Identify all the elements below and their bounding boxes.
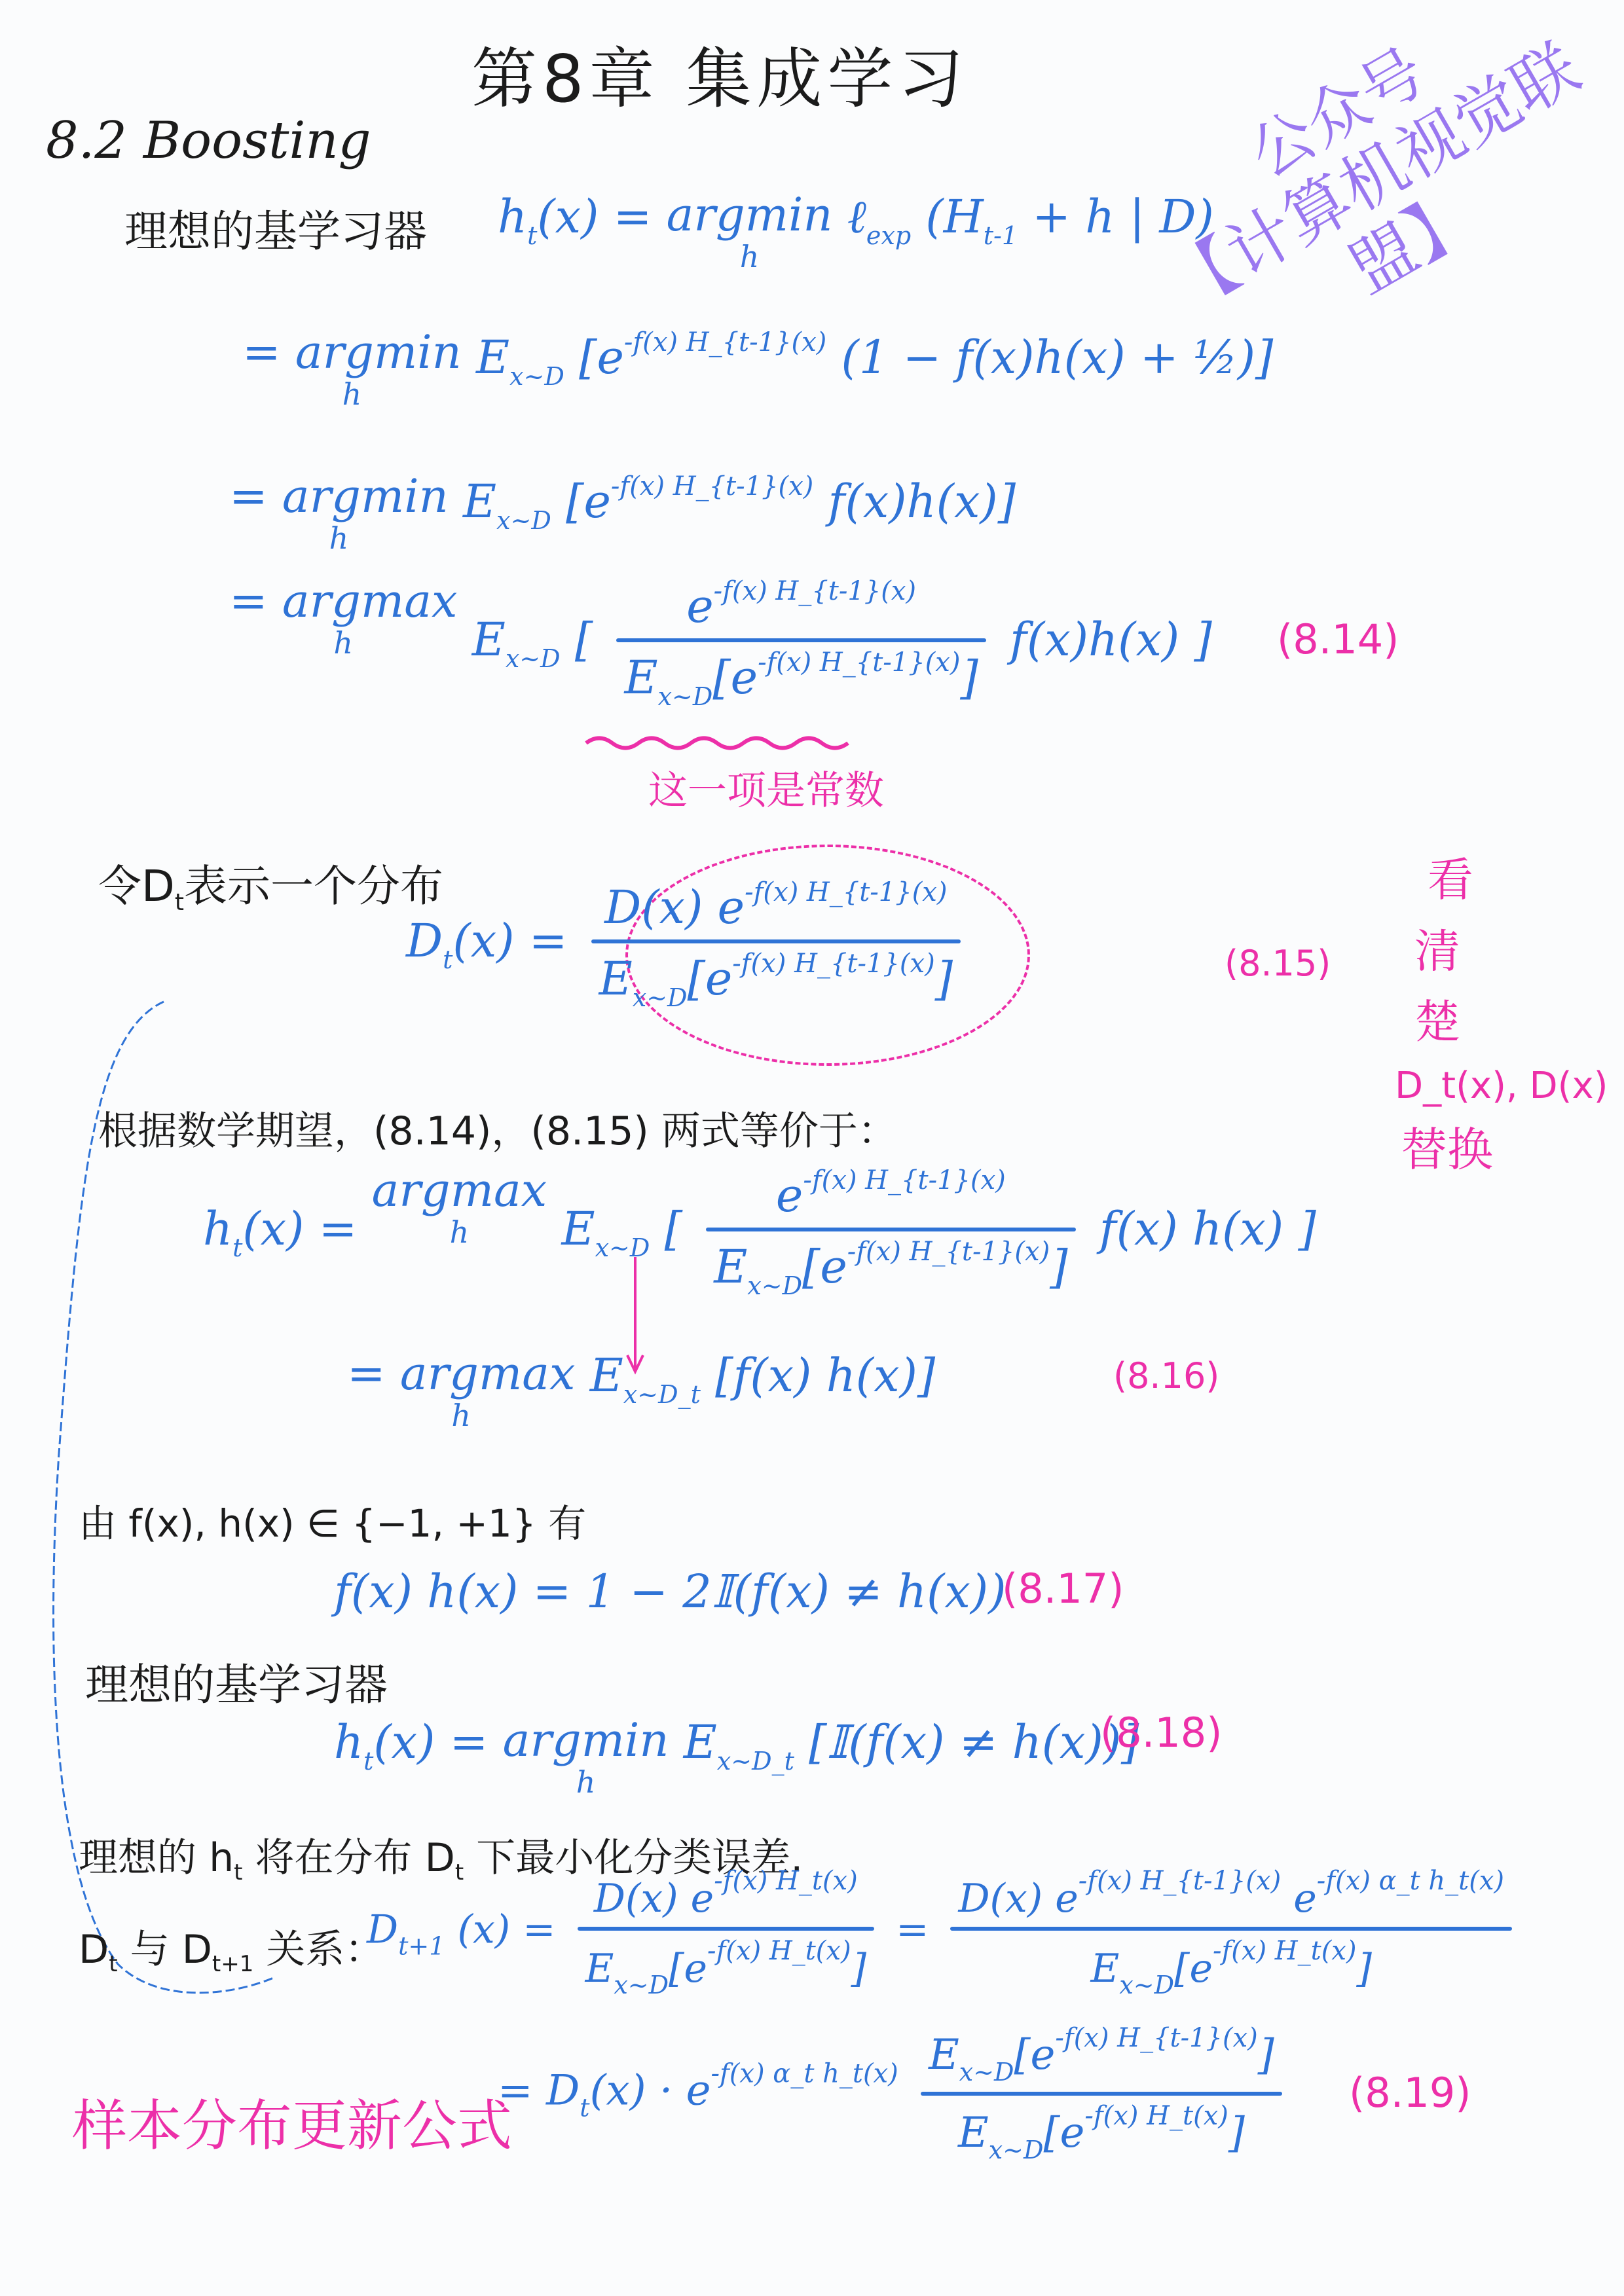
den-sub: x~D [989, 2136, 1044, 2164]
numerator: e-f(x) H_{t-1}(x) [678, 576, 924, 633]
op-label: = argmin [242, 327, 462, 378]
text-part: 关系： [253, 1927, 384, 1973]
equation-8-17: f(x) h(x) = 1 − 2𝕀(f(x) ≠ h(x)) [334, 1565, 1006, 1618]
expectation: E [472, 613, 506, 666]
equation-line-3: = argminh Ex~D [e-f(x) H_{t-1}(x) f(x)h(… [229, 471, 1016, 555]
fraction-bar [706, 1228, 1075, 1231]
op-label: argmin [503, 1715, 669, 1766]
argmax-operator: = argmaxh [347, 1349, 576, 1432]
eq-lhs-sub: t+1 [398, 1932, 445, 1961]
fraction-bar [578, 1927, 874, 1931]
chapter-title: 第8章 集成学习 [471, 26, 969, 120]
side-note-line: 楚 [1401, 987, 1608, 1058]
denominator: Ex~D[e-f(x) H_t(x)] [578, 1936, 874, 1999]
den-close: ] [1357, 1946, 1372, 1992]
intro-text: 令D [98, 861, 175, 911]
num-base-2: e [1281, 1876, 1317, 1922]
side-note-line: D_t(x), D(x) [1395, 1058, 1608, 1115]
wavy-underline [583, 730, 871, 756]
equation-number-8-17: (8.17) [1002, 1565, 1124, 1613]
text-part: 理想的 h [79, 1835, 234, 1881]
loss-arg: (H [911, 190, 984, 244]
num-e: E [929, 2031, 959, 2079]
fraction-bar [921, 2092, 1282, 2096]
eq-lhs-sub: t [363, 1747, 373, 1776]
den-e: E [714, 1240, 747, 1294]
den-body: [e [712, 651, 758, 704]
argmin-operator: = argminh [229, 471, 449, 555]
eq-lhs-arg: (x) = [537, 190, 666, 244]
num-base: e [686, 579, 713, 633]
constant-term-annotation: 这一项是常数 [648, 759, 884, 816]
argmax-operator: = argmaxh [229, 576, 458, 660]
fraction: D(x) e-f(x) H_{t-1}(x) Ex~D[e-f(x) H_{t-… [591, 877, 961, 1012]
num-base: e [776, 1169, 803, 1222]
open-bracket: [ [650, 1202, 682, 1256]
exp-base: [e [564, 331, 624, 384]
expectation: E [562, 1202, 595, 1256]
numerator: D(x) e-f(x) H_t(x) [586, 1866, 866, 1922]
num-exp: -f(x) H_{t-1}(x) [1079, 1866, 1281, 1896]
section-title: 8.2 Boosting [46, 111, 371, 170]
expectation-sub: x~D [496, 506, 551, 535]
argmin-operator: = argminh [242, 327, 462, 411]
eq-lhs-arg: (x) = [373, 1715, 502, 1769]
op-under: h [451, 1399, 471, 1432]
op-under: h [450, 1216, 470, 1249]
loss-symbol: ℓ [847, 190, 866, 244]
fraction-2: D(x) e-f(x) H_{t-1}(x) e-f(x) α_t h_t(x)… [950, 1866, 1512, 1999]
fraction: Ex~D[e-f(x) H_{t-1}(x)] Ex~D[e-f(x) H_t(… [921, 2023, 1282, 2164]
eq-lhs-arg: (x) = [242, 1202, 371, 1256]
exp-power: -f(x) H_{t-1}(x) [624, 327, 826, 357]
den-body: [e [1043, 2109, 1084, 2157]
den-e: E [1091, 1946, 1120, 1992]
expectation: E [463, 475, 496, 528]
text-part: 与 D [118, 1927, 212, 1973]
distribution-intro: 令Dt表示一个分布 [98, 851, 443, 916]
denominator: Ex~D[e-f(x) H_t(x)] [1083, 1936, 1380, 1999]
den-body: [e [688, 952, 733, 1006]
loss-arg-sub: t-1 [984, 221, 1018, 250]
side-note-line: 看 [1401, 845, 1608, 916]
text-sub: t+1 [212, 1951, 253, 1977]
equation-8-16-step-1: ht(x) = argmaxh Ex~D [ e-f(x) H_{t-1}(x)… [203, 1165, 1316, 1300]
num-base: D(x) e [958, 1876, 1078, 1922]
num-exp: -f(x) H_{t-1}(x) [714, 576, 916, 606]
den-exp: -f(x) H_{t-1}(x) [732, 949, 934, 979]
equivalence-text: 根据数学期望，(8.14)，(8.15) 两式等价于： [98, 1100, 897, 1156]
denominator: Ex~D[e-f(x) H_t(x)] [950, 2101, 1253, 2164]
den-sub: x~D [633, 983, 688, 1012]
equation-number-8-14: (8.14) [1277, 615, 1399, 663]
fraction-bar [591, 939, 961, 943]
equals-sign: = [896, 1907, 941, 1953]
den-exp: -f(x) H_t(x) [1084, 2101, 1228, 2131]
op-label: = argmax [347, 1349, 576, 1399]
side-note-line: 清 [1401, 916, 1608, 987]
ideal-base-learner-label: 理想的基学习器 [124, 196, 427, 259]
equation-relation: Dt+1 (x) = D(x) e-f(x) H_t(x) Ex~D[e-f(x… [367, 1866, 1521, 1999]
eq-body: [𝕀(f(x) ≠ h(x))] [794, 1715, 1139, 1769]
num-base: D(x) e [604, 881, 745, 934]
num-body: [e [1014, 2031, 1056, 2079]
den-close: ] [935, 952, 953, 1006]
op-under: h [740, 240, 760, 274]
eq-tail: f(x) h(x) ] [1099, 1202, 1316, 1256]
den-sub: x~D [747, 1271, 802, 1300]
equation-line-2: = argminh Ex~D [e-f(x) H_{t-1}(x) (1 − f… [242, 327, 1273, 411]
eq-prefix: = D [498, 2067, 580, 2115]
den-e: E [599, 952, 633, 1006]
den-e: E [958, 2109, 989, 2157]
den-close: ] [960, 651, 978, 704]
side-note: 看 清 楚 D_t(x), D(x) 替换 [1401, 845, 1608, 1186]
expectation: E [476, 331, 509, 384]
numerator: D(x) e-f(x) H_{t-1}(x) [597, 877, 955, 934]
equation-number-8-18: (8.18) [1100, 1709, 1222, 1757]
equation-number-8-16: (8.16) [1113, 1355, 1219, 1396]
op-under: h [576, 1766, 596, 1799]
num-exp: -f(x) H_t(x) [714, 1866, 858, 1896]
den-exp: -f(x) H_t(x) [1213, 1936, 1357, 1966]
equation-8-15: Dt(x) = D(x) e-f(x) H_{t-1}(x) Ex~D[e-f(… [406, 877, 970, 1012]
intro-sub: t [175, 889, 184, 916]
fraction-1: D(x) e-f(x) H_t(x) Ex~D[e-f(x) H_t(x)] [578, 1866, 874, 1999]
numerator: Ex~D[e-f(x) H_{t-1}(x)] [921, 2023, 1282, 2086]
expectation-sub: x~D [506, 644, 561, 673]
eq-lhs-sub: t [232, 1233, 242, 1262]
op-label: argmin [667, 190, 833, 240]
op-label: = argmin [229, 471, 449, 522]
exp-power: -f(x) H_{t-1}(x) [611, 471, 813, 501]
equation-number-8-19: (8.19) [1349, 2069, 1471, 2117]
text-part: D [79, 1927, 109, 1973]
num-exp: -f(x) H_{t-1}(x) [803, 1165, 1005, 1195]
eq-body: [f(x) h(x)] [701, 1349, 935, 1402]
num-exp-2: -f(x) α_t h_t(x) [1317, 1866, 1504, 1896]
equation-8-19: = Dt(x) · e-f(x) α_t h_t(x) Ex~D[e-f(x) … [498, 2023, 1291, 2164]
numerator: e-f(x) H_{t-1}(x) [768, 1165, 1014, 1222]
den-exp: -f(x) H_t(x) [707, 1936, 851, 1966]
eq-lhs: h [334, 1715, 363, 1769]
text-sub: t [234, 1859, 242, 1886]
text-sub: t [109, 1951, 117, 1977]
eq-lhs-arg: (x) = [445, 1907, 568, 1953]
side-note-line: 替换 [1401, 1114, 1608, 1186]
num-base: D(x) e [594, 1876, 714, 1922]
denominator: Ex~D[e-f(x) H_{t-1}(x)] [616, 647, 986, 711]
eq-prefix-rest: (x) · e [590, 2067, 711, 2115]
equation-8-14: = argmaxh Ex~D [ e-f(x) H_{t-1}(x) Ex~D[… [229, 576, 1212, 711]
argmin-operator: argminh [667, 190, 833, 274]
loss-sub: exp [866, 221, 911, 250]
num-exp: -f(x) H_{t-1}(x) [745, 877, 947, 907]
den-close: ] [851, 1946, 866, 1992]
den-body: [e [802, 1240, 847, 1294]
num-close: ] [1258, 2031, 1274, 2079]
fraction: e-f(x) H_{t-1}(x) Ex~D[e-f(x) H_{t-1}(x)… [706, 1165, 1075, 1300]
expectation: E [684, 1715, 717, 1769]
watermark: 公众号 【计算机视觉联盟】 [1087, 0, 1624, 409]
expectation-sub: x~D_t [717, 1747, 794, 1776]
eq-tail: f(x)h(x)] [813, 475, 1016, 528]
argmax-operator: argmaxh [372, 1165, 547, 1249]
den-sub: x~D [1119, 1971, 1174, 1999]
eq-lhs: D [406, 914, 443, 968]
intro-rest: 表示一个分布 [184, 861, 443, 911]
op-label: argmax [372, 1165, 547, 1216]
update-formula-label: 样本分布更新公式 [72, 2082, 512, 2161]
expectation: E [590, 1349, 623, 1402]
den-e: E [585, 1946, 614, 1992]
eq-lhs-sub: t [527, 221, 537, 250]
eq-lhs-sub: t [443, 945, 452, 974]
equation-8-16: = argmaxh Ex~D_t [f(x) h(x)] [347, 1349, 935, 1432]
equation-number-8-15: (8.15) [1225, 943, 1331, 984]
fraction-bar [950, 1927, 1512, 1931]
den-exp: -f(x) H_{t-1}(x) [758, 647, 960, 678]
den-close: ] [1050, 1240, 1067, 1294]
den-body: [e [1174, 1946, 1213, 1992]
den-sub: x~D [658, 682, 713, 711]
fraction: e-f(x) H_{t-1}(x) Ex~D[e-f(x) H_{t-1}(x)… [616, 576, 986, 711]
fraction-bar [616, 638, 986, 642]
op-under: h [333, 627, 353, 660]
den-close: ] [1228, 2109, 1245, 2157]
relation-label: Dt 与 Dt+1 关系： [79, 1918, 384, 1977]
exp-base: [e [551, 475, 611, 528]
equation-8-18: ht(x) = argminh Ex~D_t [𝕀(f(x) ≠ h(x))] [334, 1715, 1139, 1799]
den-e: E [624, 651, 657, 704]
eq-lhs-arg: (x) = [452, 914, 581, 968]
eq-tail: f(x)h(x) ] [1010, 613, 1212, 666]
denominator: Ex~D[e-f(x) H_{t-1}(x)] [591, 949, 961, 1012]
op-under: h [329, 522, 349, 555]
eq-prefix-exp: -f(x) α_t h_t(x) [711, 2059, 898, 2089]
op-label: = argmax [229, 576, 458, 627]
expectation-sub: x~D [509, 362, 564, 391]
eq-prefix-sub: t [580, 2094, 589, 2123]
eq-lhs: D [367, 1907, 398, 1953]
argmin-operator: argminh [503, 1715, 669, 1799]
since-text: 由 f(x), h(x) ∈ {−1, +1} 有 [79, 1493, 586, 1548]
denominator: Ex~D[e-f(x) H_{t-1}(x)] [706, 1237, 1075, 1300]
den-body: [e [669, 1946, 707, 1992]
open-bracket: [ [561, 613, 593, 666]
ideal-base-learner-label-2: 理想的基学习器 [85, 1650, 388, 1712]
num-exp: -f(x) H_{t-1}(x) [1055, 2023, 1257, 2053]
den-sub: x~D [614, 1971, 669, 1999]
eq-lhs: h [203, 1202, 232, 1256]
op-under: h [342, 378, 362, 411]
numerator: D(x) e-f(x) H_{t-1}(x) e-f(x) α_t h_t(x) [950, 1866, 1512, 1922]
num-sub: x~D [959, 2058, 1014, 2086]
expectation-sub: x~D_t [623, 1380, 701, 1409]
eq-lhs: h [498, 190, 527, 244]
den-exp: -f(x) H_{t-1}(x) [847, 1237, 1050, 1267]
